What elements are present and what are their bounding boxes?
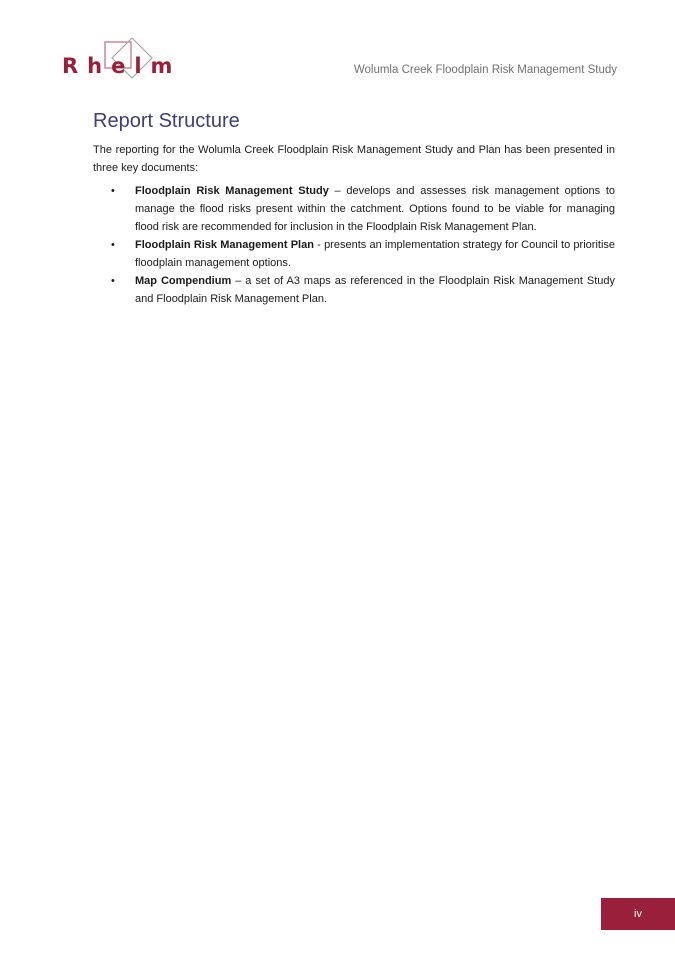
list-item: • Floodplain Risk Management Plan - pres…: [93, 236, 615, 272]
company-logo: Rhelm: [60, 36, 180, 82]
logo-text: Rhelm: [62, 54, 181, 78]
list-item-term: Floodplain Risk Management Study: [135, 185, 329, 197]
bullet-icon: •: [111, 182, 115, 200]
page-number-badge: iv: [601, 898, 675, 930]
list-item-term: Floodplain Risk Management Plan: [135, 239, 314, 251]
page-title: Report Structure: [93, 110, 240, 133]
bullet-icon: •: [111, 272, 115, 290]
running-header: Wolumla Creek Floodplain Risk Management…: [354, 64, 617, 76]
list-item-term: Map Compendium: [135, 275, 231, 287]
list-item: • Floodplain Risk Management Study – dev…: [93, 182, 615, 236]
bullet-icon: •: [111, 236, 115, 254]
list-item: • Map Compendium – a set of A3 maps as r…: [93, 272, 615, 308]
document-list: • Floodplain Risk Management Study – dev…: [93, 182, 615, 308]
intro-paragraph: The reporting for the Wolumla Creek Floo…: [93, 142, 615, 177]
